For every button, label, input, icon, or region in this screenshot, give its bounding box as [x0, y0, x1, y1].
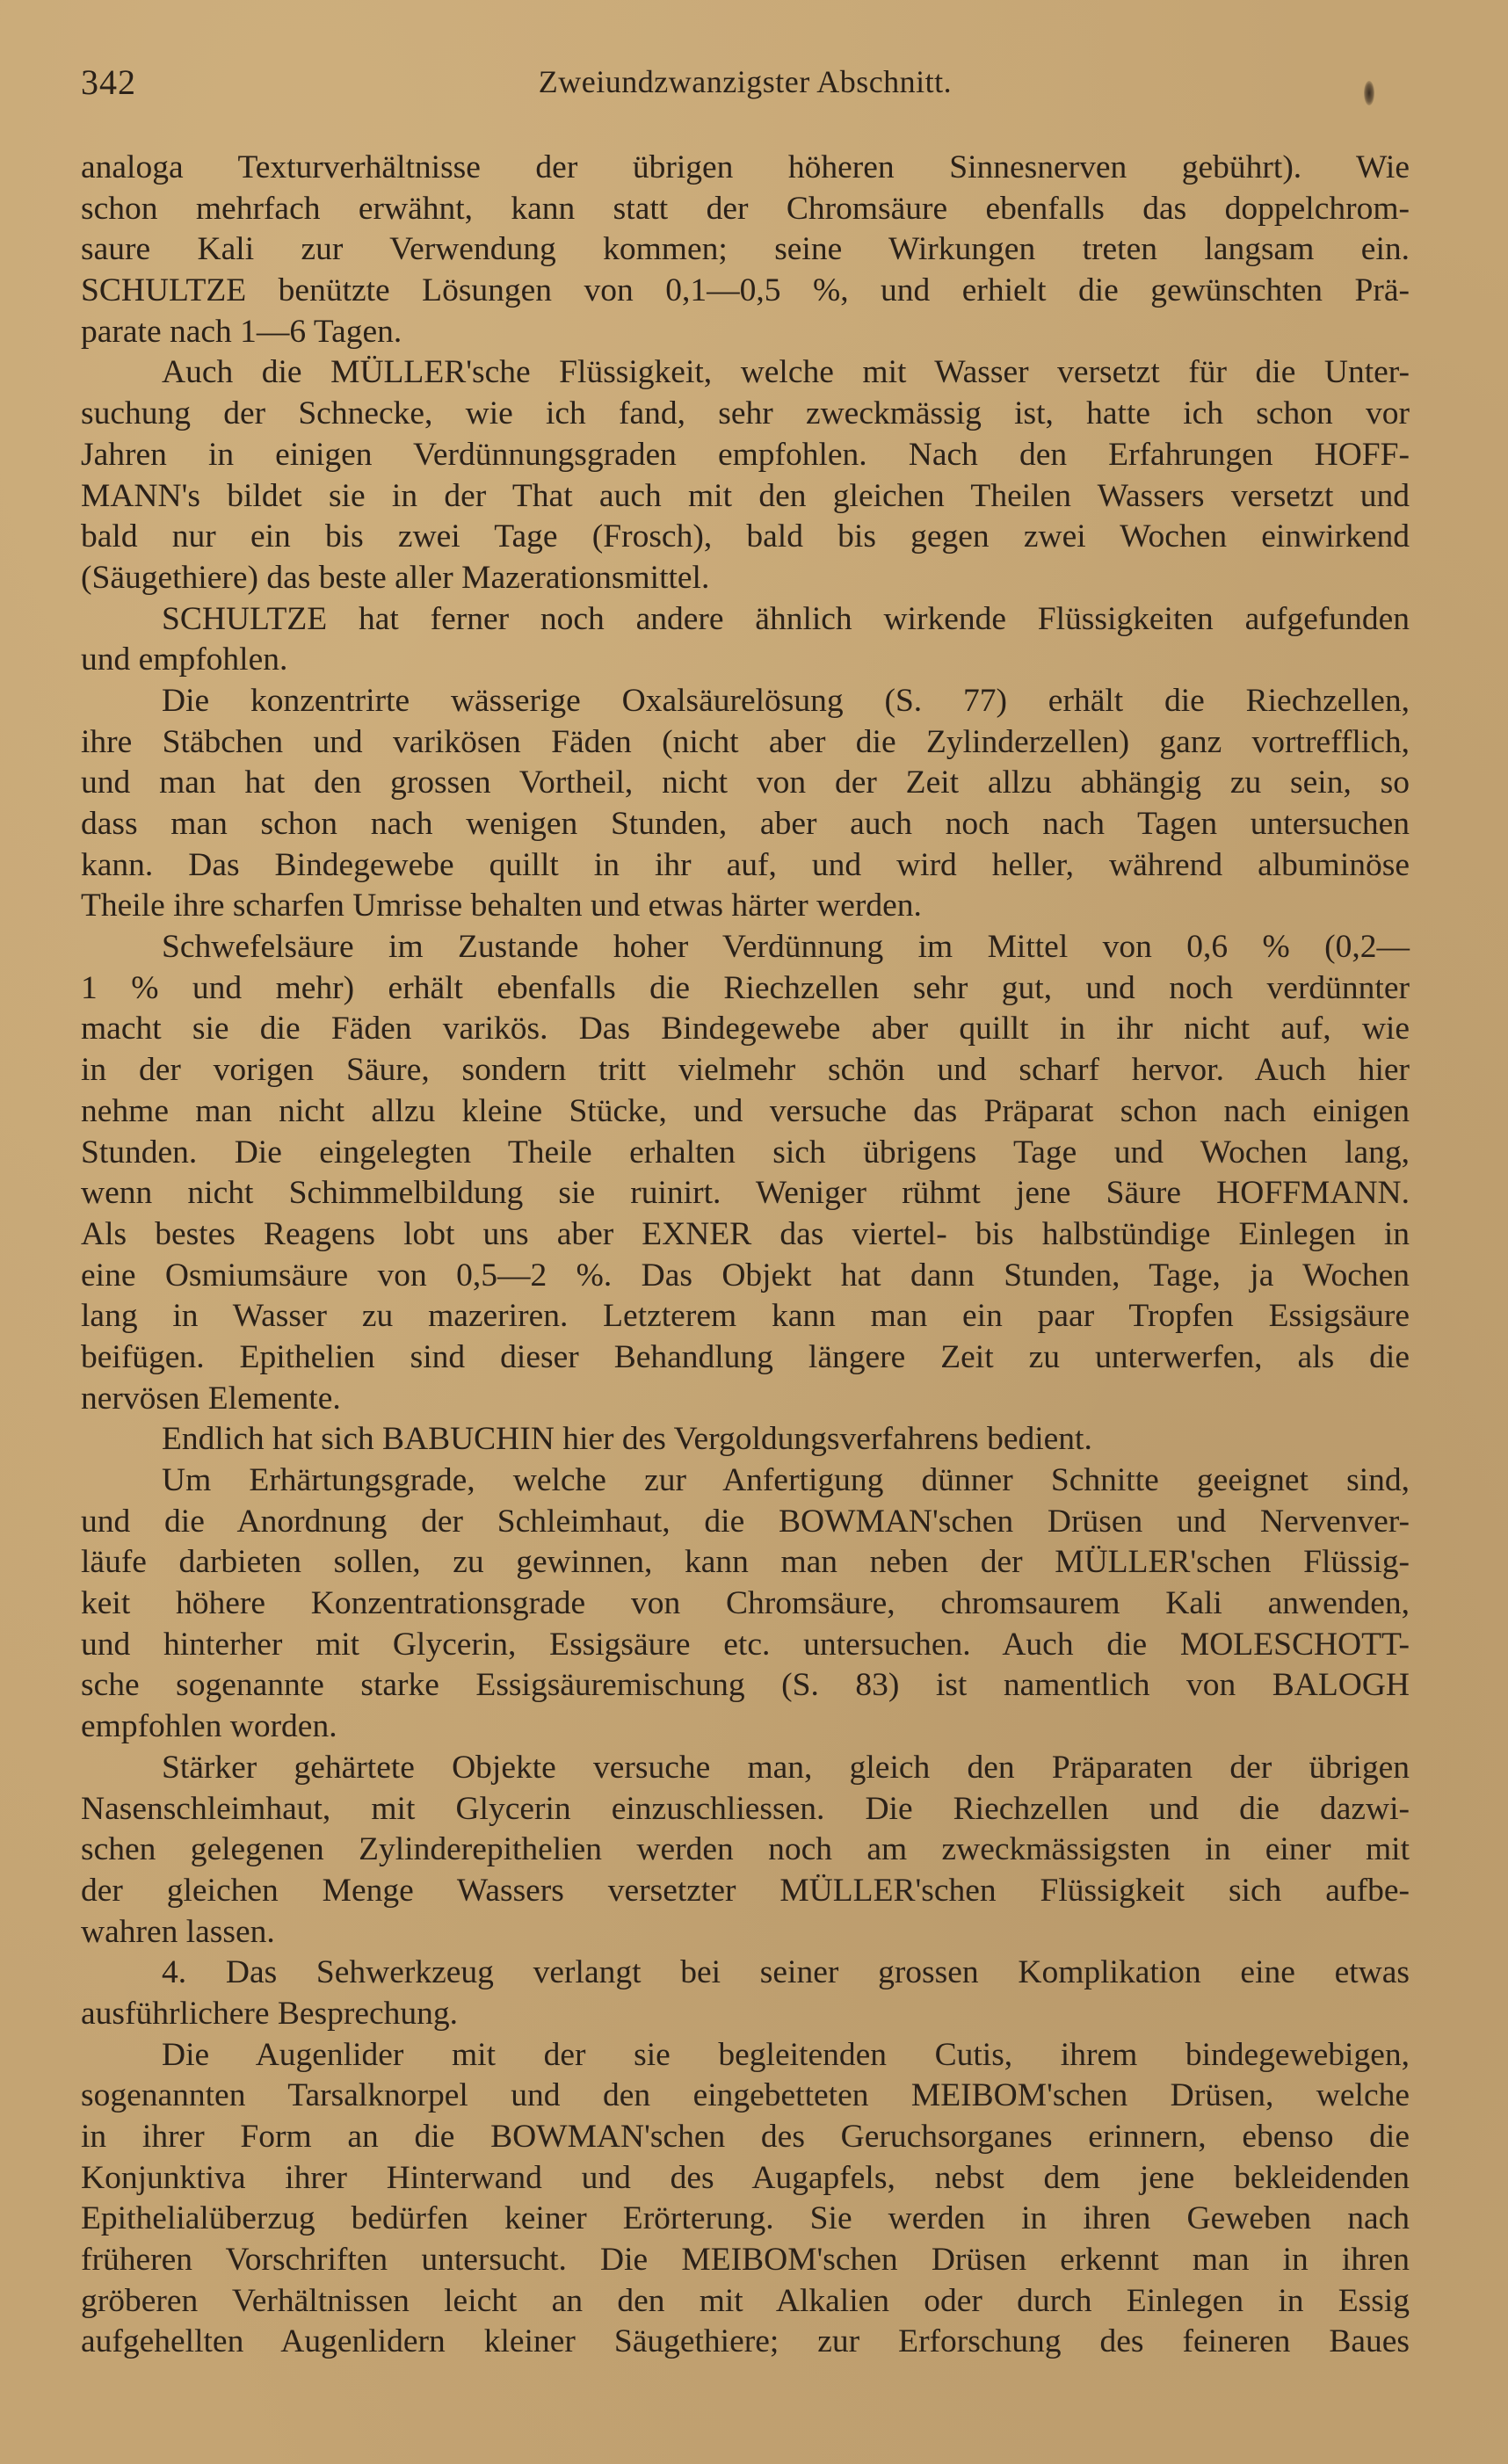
running-title: Zweiundzwanzigster Abschnitt. [81, 63, 1410, 100]
text-line: kann. Das Bindegewebe quillt in ihr auf,… [81, 845, 1410, 887]
text-line: MANN's bildet sie in der That auch mit d… [81, 476, 1410, 518]
text-line: SCHULTZE hat ferner noch andere ähnlich … [81, 599, 1410, 641]
text-line: Endlich hat sich BABUCHIN hier des Vergo… [81, 1419, 1410, 1460]
text-line: sogenannten Tarsalknorpel und den eingeb… [81, 2076, 1410, 2117]
text-line: in ihrer Form an die BOWMAN'schen des Ge… [81, 2117, 1410, 2158]
text-line: Als bestes Reagens lobt uns aber EXNER d… [81, 1214, 1410, 1256]
text-line: Theile ihre scharfen Umrisse behalten un… [81, 886, 1410, 927]
text-line: gröberen Verhältnissen leicht an den mit… [81, 2281, 1410, 2323]
text-line: nehme man nicht allzu kleine Stücke, und… [81, 1091, 1410, 1133]
text-line: Stunden. Die eingelegten Theile erhalten… [81, 1133, 1410, 1174]
text-line: Um Erhärtungsgrade, welche zur Anfertigu… [81, 1460, 1410, 1502]
text-line: lang in Wasser zu mazeriren. Letzterem k… [81, 1296, 1410, 1337]
body-text: analoga Texturverhältnisse der übrigen h… [81, 148, 1410, 2363]
text-line: macht sie die Fäden varikös. Das Bindege… [81, 1009, 1410, 1050]
text-line: Die Augenlider mit der sie begleitenden … [81, 2035, 1410, 2076]
text-line: empfohlen worden. [81, 1707, 1410, 1748]
text-line: 4. Das Sehwerkzeug verlangt bei seiner g… [81, 1953, 1410, 1994]
text-line: analoga Texturverhältnisse der übrigen h… [81, 148, 1410, 189]
text-line: und hinterher mit Glycerin, Essigsäure e… [81, 1625, 1410, 1666]
text-line: in der vorigen Säure, sondern tritt viel… [81, 1050, 1410, 1091]
text-line: beifügen. Epithelien sind dieser Behandl… [81, 1337, 1410, 1379]
text-line: Nasenschleimhaut, mit Glycerin einzuschl… [81, 1789, 1410, 1830]
text-line: 1 % und mehr) erhält ebenfalls die Riech… [81, 968, 1410, 1010]
text-line: saure Kali zur Verwendung kommen; seine … [81, 229, 1410, 271]
text-line: früheren Vorschriften untersucht. Die ME… [81, 2240, 1410, 2281]
text-line: und empfohlen. [81, 640, 1410, 681]
text-line: schen gelegenen Zylinderepithelien werde… [81, 1830, 1410, 1871]
text-line: nervösen Elemente. [81, 1379, 1410, 1420]
text-line: ausführlichere Besprechung. [81, 1994, 1410, 2035]
text-line: aufgehellten Augenlidern kleiner Säugeth… [81, 2322, 1410, 2363]
text-line: Stärker gehärtete Objekte versuche man, … [81, 1748, 1410, 1789]
text-line: (Säugethiere) das beste aller Mazeration… [81, 558, 1410, 599]
text-line: und die Anordnung der Schleimhaut, die B… [81, 1502, 1410, 1543]
text-line: Jahren in einigen Verdünnungsgraden empf… [81, 435, 1410, 476]
text-line: bald nur ein bis zwei Tage (Frosch), bal… [81, 517, 1410, 558]
text-line: Die konzentrirte wässerige Oxalsäurelösu… [81, 681, 1410, 722]
text-line: Konjunktiva ihrer Hinterwand und des Aug… [81, 2158, 1410, 2199]
text-line: läufe darbieten sollen, zu gewinnen, kan… [81, 1542, 1410, 1583]
text-line: schon mehrfach erwähnt, kann statt der C… [81, 189, 1410, 230]
text-line: dass man schon nach wenigen Stunden, abe… [81, 804, 1410, 845]
ink-blot [1364, 81, 1374, 105]
text-line: parate nach 1—6 Tagen. [81, 312, 1410, 353]
text-line: der gleichen Menge Wassers versetzter MÜ… [81, 1871, 1410, 1912]
running-head: 342 Zweiundzwanzigster Abschnitt. [81, 62, 1410, 105]
text-line: Auch die MÜLLER'sche Flüssigkeit, welche… [81, 352, 1410, 394]
text-line: suchung der Schnecke, wie ich fand, sehr… [81, 394, 1410, 435]
text-line: sche sogenannte starke Essigsäuremischun… [81, 1665, 1410, 1707]
text-line: und man hat den grossen Vortheil, nicht … [81, 763, 1410, 804]
text-line: keit höhere Konzentrationsgrade von Chro… [81, 1583, 1410, 1625]
text-line: wahren lassen. [81, 1912, 1410, 1953]
text-line: Schwefelsäure im Zustande hoher Verdünnu… [81, 927, 1410, 968]
text-line: wenn nicht Schimmelbildung sie ruinirt. … [81, 1173, 1410, 1214]
text-line: ihre Stäbchen und varikösen Fäden (nicht… [81, 722, 1410, 764]
text-line: Epithelialüberzug bedürfen keiner Erörte… [81, 2199, 1410, 2240]
text-line: SCHULTZE benützte Lösungen von 0,1—0,5 %… [81, 271, 1410, 312]
text-line: eine Osmiumsäure von 0,5—2 %. Das Objekt… [81, 1256, 1410, 1297]
